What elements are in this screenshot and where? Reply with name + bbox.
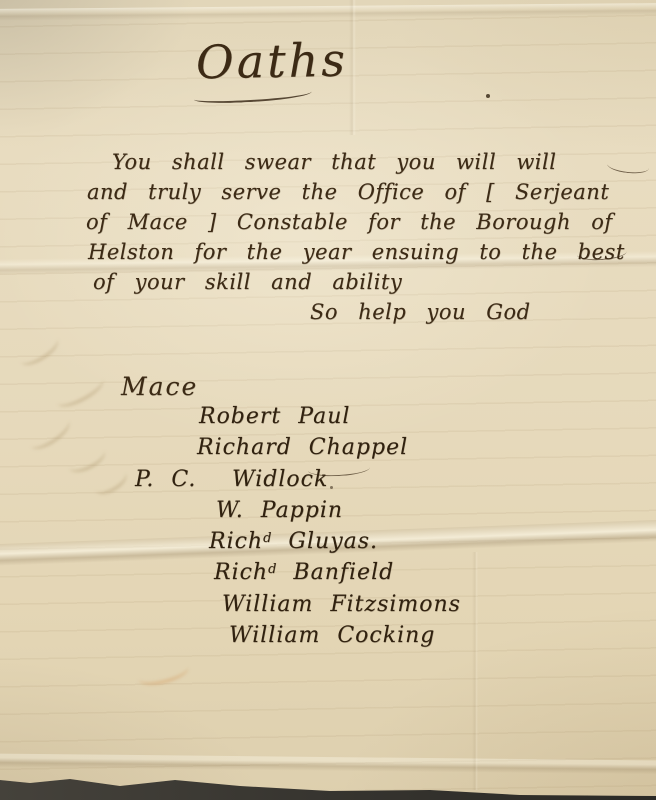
ink-bleedthrough-mark [55, 375, 108, 413]
faded-pencil-mark [137, 664, 191, 689]
signatures-list: Robert Paul Richard Chappel P. C.Widlock… [135, 400, 461, 650]
oath-paragraph: You shall swear that you will will and t… [86, 147, 625, 327]
signature-row: P. C.Widlock [135, 463, 461, 494]
signature-row: Richard Chappel [197, 431, 461, 462]
fold-crease-top [0, 3, 656, 21]
signature-name: Rich [214, 560, 268, 585]
signature-row: William Cocking [229, 619, 461, 650]
signature-row: Richd Banfield [214, 556, 461, 587]
title-underline [194, 89, 312, 104]
oath-line: So help you God [310, 297, 625, 327]
signature-row: Robert Paul [199, 400, 461, 431]
list-header-mace: Mace [121, 372, 198, 401]
signature-name: Rich [209, 529, 263, 554]
signature-name-rest: Gluyas. [271, 529, 378, 554]
oath-line: Helston for the year ensuing to the best [88, 237, 625, 267]
oath-line: and truly serve the Office of [ Serjeant [87, 177, 625, 207]
ink-speck [330, 486, 333, 489]
ink-bleedthrough-mark [17, 334, 62, 370]
signature-row: W. Pappin [216, 494, 461, 525]
ink-bleedthrough-mark [28, 416, 75, 454]
signature-row: Richd Gluyas. [209, 525, 461, 556]
ink-bleedthrough-mark [67, 448, 109, 477]
document-paper: Oaths You shall swear that you will will… [0, 0, 656, 800]
signature-name: William Fitzsimons [222, 592, 461, 617]
signature-name: William Cocking [229, 623, 435, 648]
signature-name: Richard Chappel [197, 435, 408, 460]
fold-crease-lower [0, 753, 656, 774]
oath-line: You shall swear that you will will [112, 147, 625, 177]
fold-crease-vertical-top [349, 0, 356, 135]
photo-background: Oaths You shall swear that you will will… [0, 0, 656, 800]
fold-crease-vertical-bottom [472, 552, 478, 790]
name-prefix: P. C. [135, 466, 232, 494]
ink-speck [486, 94, 490, 98]
oath-line: of your skill and ability [93, 267, 625, 297]
signature-row: William Fitzsimons [222, 588, 461, 619]
ink-bleedthrough-mark [93, 470, 131, 499]
signature-name-rest: Banfield [276, 560, 394, 585]
oath-line: of Mace ] Constable for the Borough of [86, 207, 625, 237]
document-title: Oaths [196, 33, 349, 90]
signature-name: Robert Paul [199, 404, 350, 429]
signature-name: W. Pappin [216, 498, 343, 523]
